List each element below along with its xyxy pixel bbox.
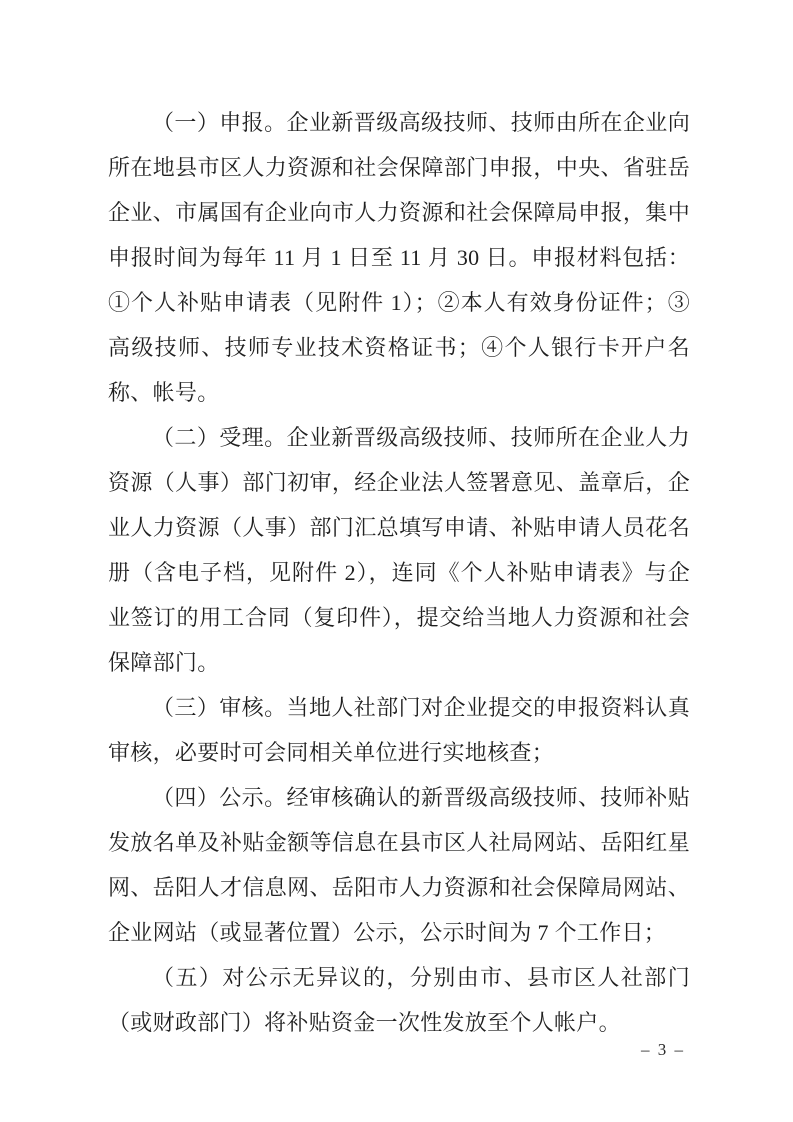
document-page: （一）申报。企业新晋级高级技师、技师由所在企业向所在地县市区人力资源和社会保障部… bbox=[0, 0, 793, 1122]
paragraph-5-fafang: （五）对公示无异议的，分别由市、县市区人社部门（或财政部门）将补贴资金一次性发放… bbox=[108, 955, 690, 1045]
page-number: – 3 – bbox=[485, 1038, 685, 1062]
paragraph-2-shouli: （二）受理。企业新晋级高级技师、技师所在企业人力资源（人事）部门初审，经企业法人… bbox=[108, 415, 690, 685]
paragraph-3-shenhe: （三）审核。当地人社部门对企业提交的申报资料认真审核，必要时可会同相关单位进行实… bbox=[108, 685, 690, 775]
document-body: （一）申报。企业新晋级高级技师、技师由所在企业向所在地县市区人力资源和社会保障部… bbox=[108, 100, 690, 1045]
paragraph-1-shenbao: （一）申报。企业新晋级高级技师、技师由所在企业向所在地县市区人力资源和社会保障部… bbox=[108, 100, 690, 415]
paragraph-4-gongshi: （四）公示。经审核确认的新晋级高级技师、技师补贴发放名单及补贴金额等信息在县市区… bbox=[108, 775, 690, 955]
